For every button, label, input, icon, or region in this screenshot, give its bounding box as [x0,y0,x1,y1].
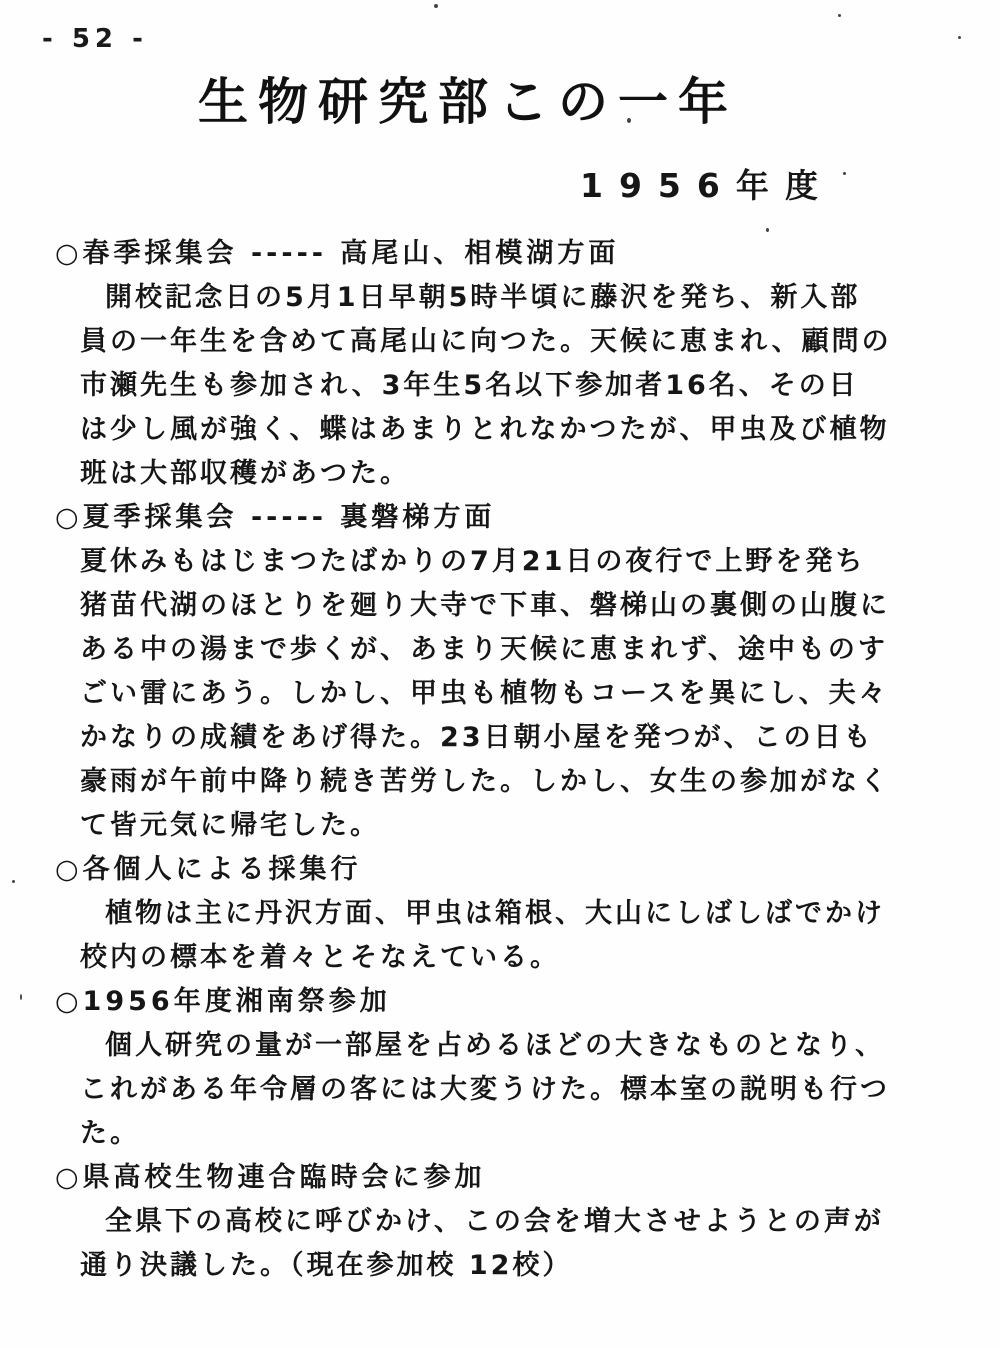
paragraph-line: 校内の標本を着々とそなえている。 [80,936,1000,980]
paragraph-line: 豪雨が午前中降り続き苦労した。しかし、女生の参加がなく [80,760,1000,804]
paragraph-line: 通り決議した。（現在参加校 12校） [80,1244,1000,1288]
paragraph-line: た。 [80,1112,1000,1156]
paragraph-line: これがある年令層の客には大変うけた。標本室の説明も行つ [80,1068,1000,1112]
scan-speck [843,172,846,175]
section-spring-collection: ○春季採集会 ----- 高尾山、相模湖方面 開校記念日の5月1日早朝5時半頃に… [0,232,1000,496]
section-heading: ○各個人による採集行 [55,848,1000,892]
paragraph-line: て皆元気に帰宅した。 [80,804,1000,848]
section-heading: ○県高校生物連合臨時会に参加 [55,1156,1000,1200]
year-label: 1956年度 [580,160,834,207]
paragraph-line: 夏休みもはじまつたばかりの7月21日の夜行で上野を発ち [80,540,1000,584]
paragraph-line: 市瀬先生も参加され、3年生5名以下参加者16名、その日 [80,364,1000,408]
scan-speck [434,4,438,8]
section-shonan-festival: ○1956年度湘南祭参加 個人研究の量が一部屋を占めるほどの大きなものとなり、 … [0,980,1000,1156]
scan-speck [12,880,15,883]
paragraph-line: かなりの成績をあげ得た。23日朝小屋を発つが、この日も [80,716,1000,760]
paragraph-line: ごい雷にあう。しかし、甲虫も植物もコースを異にし、夫々 [80,672,1000,716]
paragraph-line: 班は大部収穫があつた。 [80,452,1000,496]
scan-speck [627,118,631,123]
document-body: ○春季採集会 ----- 高尾山、相模湖方面 開校記念日の5月1日早朝5時半頃に… [0,232,1000,1288]
section-heading: ○1956年度湘南祭参加 [55,980,1000,1024]
scan-speck [766,228,769,232]
scan-speck [838,14,841,17]
paragraph-line: ある中の湯まで歩くが、あまり天候に恵まれず、途中ものす [80,628,1000,672]
paragraph-line: 開校記念日の5月1日早朝5時半頃に藤沢を発ち、新入部 [105,276,1000,320]
paragraph-line: 全県下の高校に呼びかけ、この会を増大させようとの声が [105,1200,1000,1244]
section-heading: ○夏季採集会 ----- 裏磐梯方面 [55,496,1000,540]
section-individual-collecting: ○各個人による採集行 植物は主に丹沢方面、甲虫は箱根、大山にしばしばでかけ 校内… [0,848,1000,980]
paragraph-line: 植物は主に丹沢方面、甲虫は箱根、大山にしばしばでかけ [105,892,1000,936]
page-title: 生物研究部この一年 [198,62,738,134]
scanned-document-page: - 52 - 生物研究部この一年 1956年度 ○春季採集会 ----- 高尾山… [0,0,1000,1347]
paragraph-line: 員の一年生を含めて高尾山に向つた。天候に恵まれ、顧問の [80,320,1000,364]
page-number: - 52 - [42,24,148,54]
paragraph-line: は少し風が強く、蝶はあまりとれなかつたが、甲虫及び植物 [80,408,1000,452]
section-prefectural-meeting: ○県高校生物連合臨時会に参加 全県下の高校に呼びかけ、この会を増大させようとの声… [0,1156,1000,1288]
scan-speck [958,36,961,39]
scan-speck [20,994,22,1000]
paragraph-line: 個人研究の量が一部屋を占めるほどの大きなものとなり、 [105,1024,1000,1068]
section-summer-collection: ○夏季採集会 ----- 裏磐梯方面 夏休みもはじまつたばかりの7月21日の夜行… [0,496,1000,848]
paragraph-line: 猪苗代湖のほとりを廻り大寺で下車、磐梯山の裏側の山腹に [80,584,1000,628]
section-heading: ○春季採集会 ----- 高尾山、相模湖方面 [55,232,1000,276]
